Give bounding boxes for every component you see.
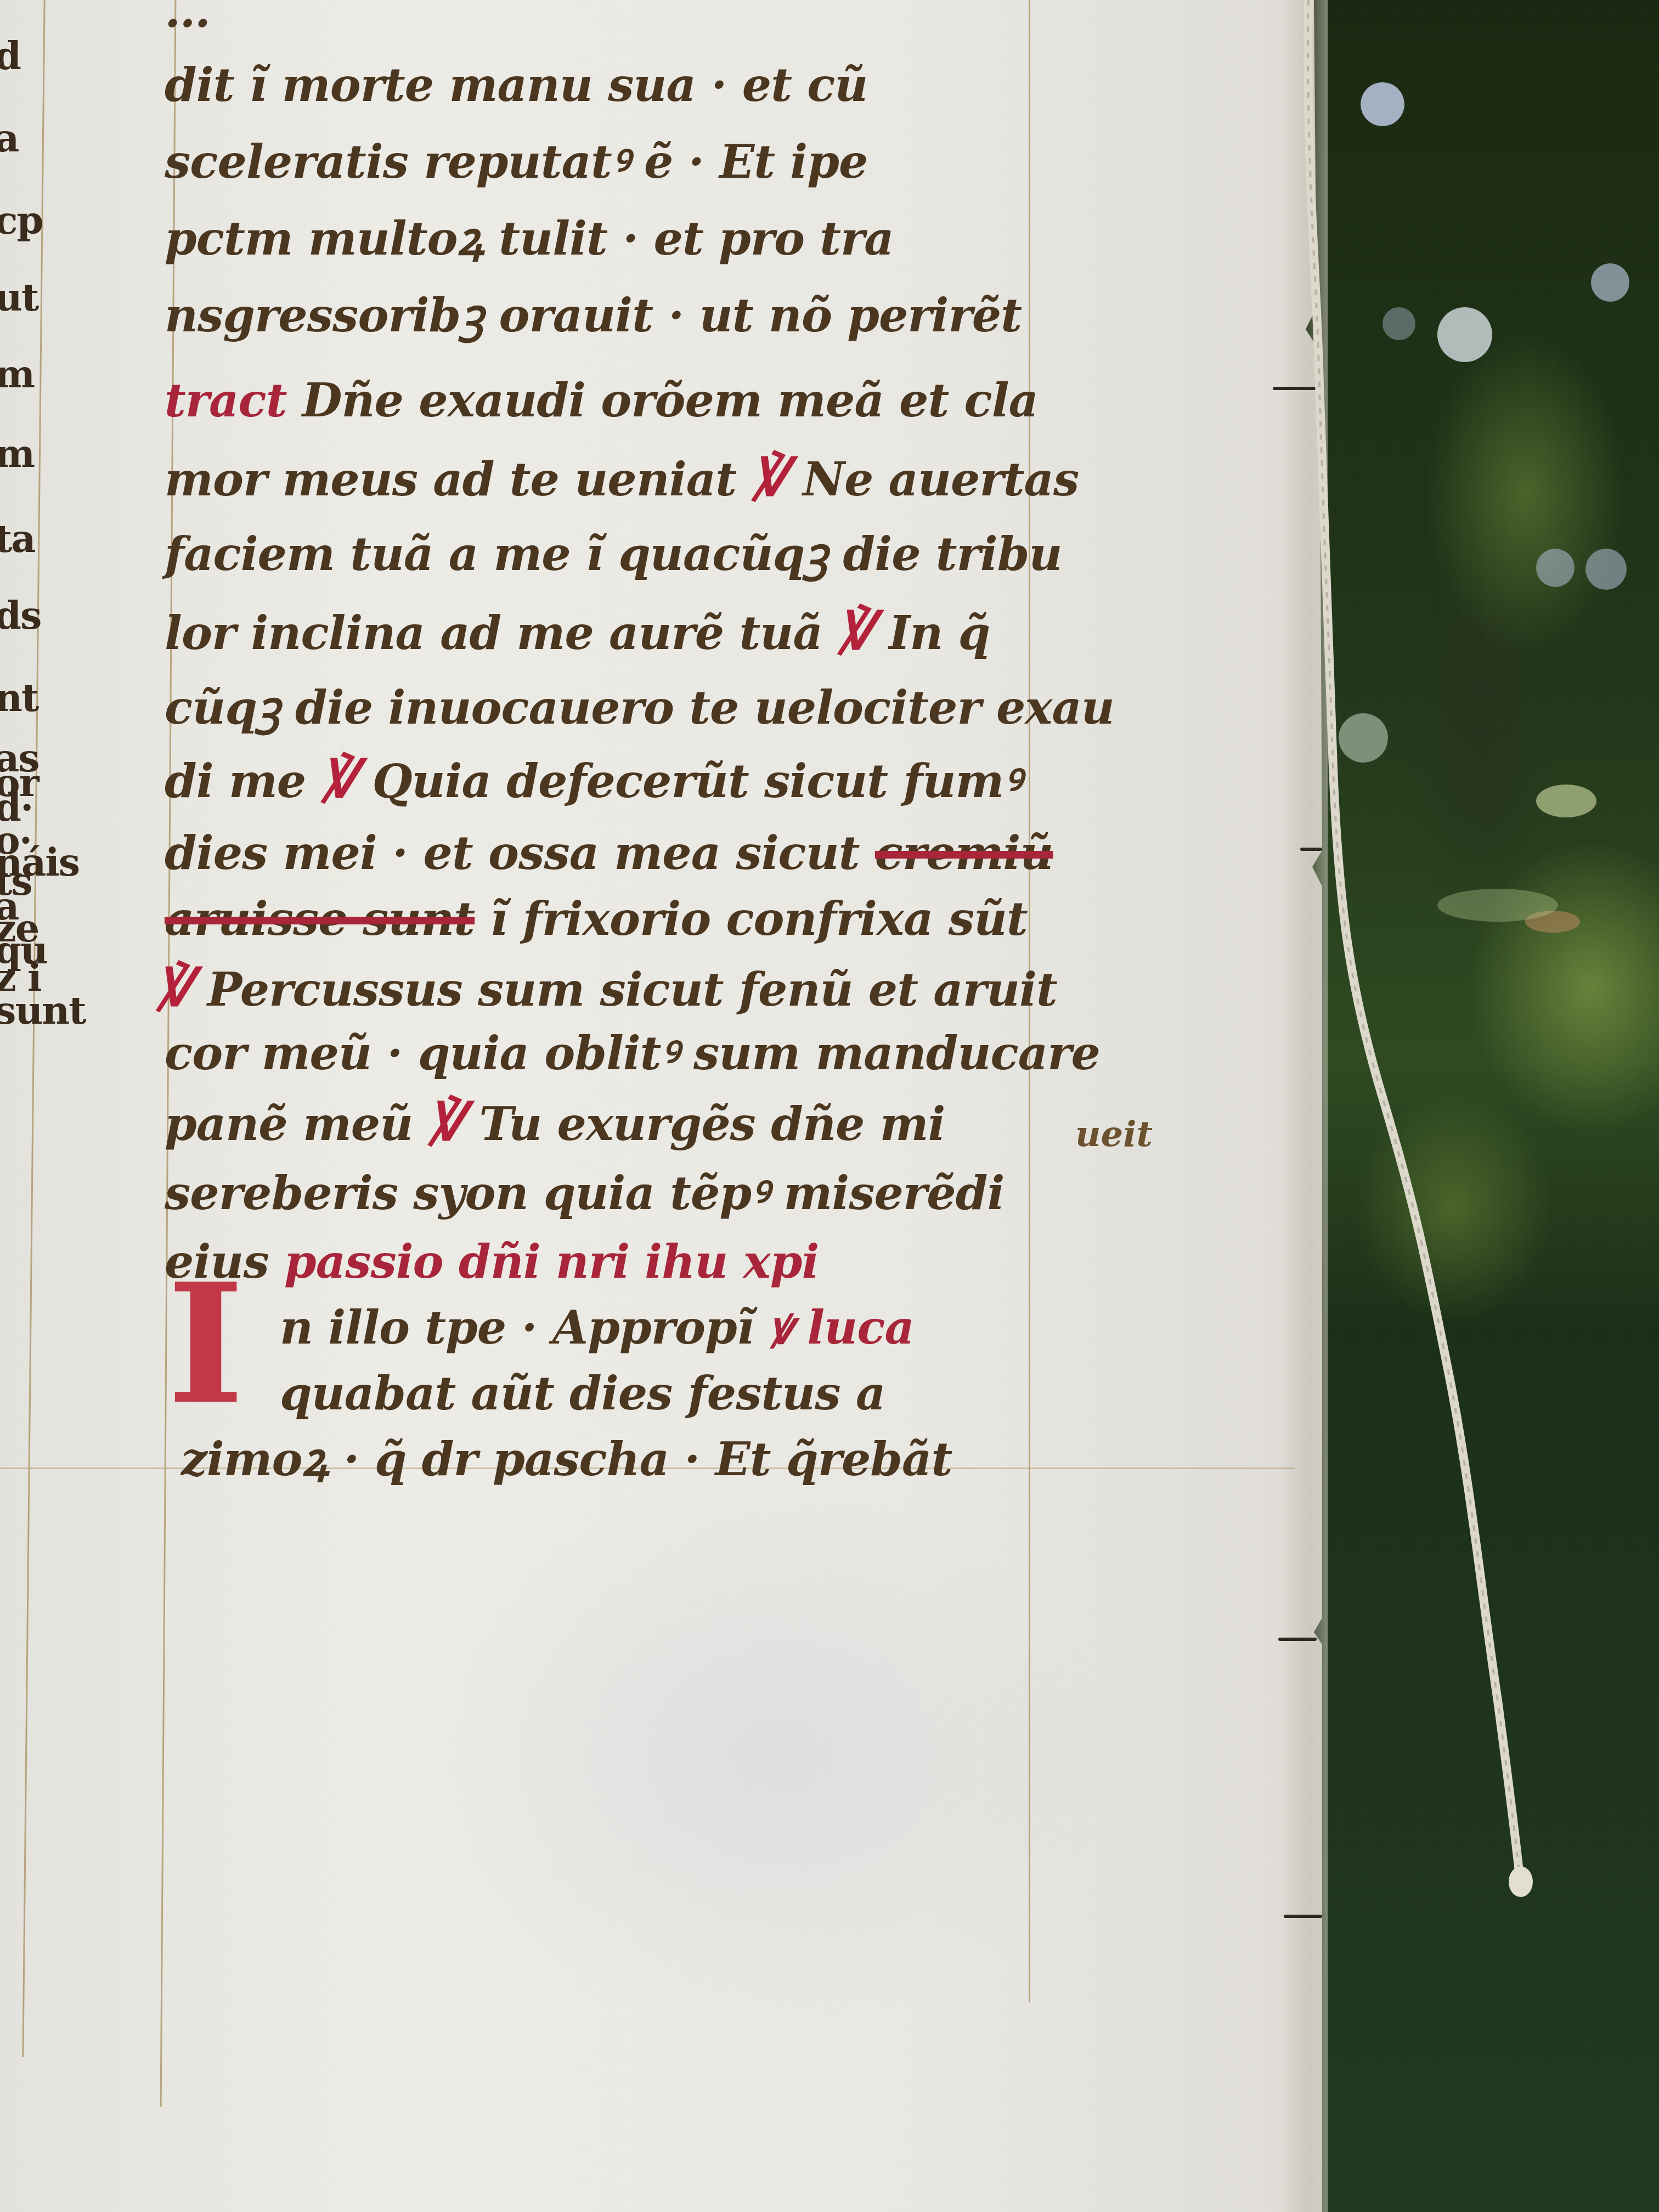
text-fragment: m [0,431,34,476]
text-segment: Quia defecerũt sicut fumꝰ [357,754,1020,808]
edge-notch [1273,387,1317,390]
parchment-edge-fold [1278,0,1328,2212]
text-fragment: ds [0,592,41,638]
text-segment: quabat aũt dies festus a [280,1366,885,1420]
text-fragment: cp [0,198,43,243]
text-segment: sceleratis reputatꝰ ẽ · Et ipe [165,134,867,189]
text-line: panẽ meũ ℣ Tu exurgẽs dñe mi [165,1084,945,1160]
text-line: lor inclina ad me aurẽ tuã ℣ In q̃ [165,592,990,669]
text-line: di me ℣ Quia defecerũt sicut fumꝰ [165,741,1021,817]
text-line: zimoꝝ · q̃ dr pascha · Et q̃rebãt [181,1421,952,1498]
text-segment: zimoꝝ · q̃ dr pascha · Et q̃rebãt [181,1432,952,1486]
versicle-mark: ℣ [321,748,357,810]
text-segment: Ne auertas [787,452,1079,506]
text-line: dies mei · et ossa mea sicut cremiũ [165,815,1053,891]
text-segment: di me [165,754,321,808]
struck-text: cremiũ [875,826,1053,880]
rubric-tract: tract [165,373,286,427]
text-segment: nsgressoribꝫ orauit · ut nõ perirẽt [165,288,1022,342]
text-line: sceleratis reputatꝰ ẽ · Et ipe [165,123,867,200]
text-fragment: ut [0,274,38,320]
text-fragment: sunt [0,988,86,1033]
struck-text: aruisse sunt [165,891,475,946]
text-line: sereberis syon quia tẽpꝰ miserẽdi [165,1155,1004,1232]
text-fragment: nt [0,675,38,720]
text-fragment: m [0,351,34,397]
text-segment: pctm multoꝝ tulit · et pro tra [165,211,894,266]
text-segment: sereberis syon quia tẽpꝰ miserẽdi [165,1166,1004,1220]
text-segment: lor inclina ad me aurẽ tuã [165,606,838,660]
text-fragment: a [0,115,18,161]
text-segment: panẽ meũ [165,1097,428,1151]
text-segment: Tu exurgẽs dñe mi [464,1097,945,1151]
rubric-secundum-lucam: ꝟ luca [769,1300,914,1355]
text-line: ℣ Percussus sum sicut fenũ et aruit [156,949,1057,1026]
edge-notch [1284,1915,1322,1918]
text-segment: Dñe exaudi orõem meã et cla [286,373,1038,427]
text-line: dit ĩ morte manu sua · et cũ [165,47,867,123]
text-segment: cũqꝫ die inuocauero te uelociter exau [165,680,1114,735]
edge-notch [1278,1638,1317,1641]
versicle-mark: ℣ [428,1091,464,1153]
versicle-mark: ℣ [838,600,873,662]
text-segment: faciem tuã a me ĩ quacũqꝫ die tribu [165,527,1062,581]
text-fragment: ta [0,516,35,561]
text-line: aruisse sunt ĩ frixorio confrixa sũt [165,881,1028,957]
text-segment: In q̃ [873,606,990,660]
text-line: … [165,0,210,49]
versicle-mark: ℣ [752,446,787,508]
text-line: cor meũ · quia oblitꝰ sum manducare [165,1015,1100,1092]
text-segment: cor meũ · quia oblitꝰ sum manducare [165,1026,1100,1080]
text-line: quabat aũt dies festus a [280,1355,885,1432]
edge-notch [1300,848,1322,851]
text-segment: … [165,0,210,38]
text-line: mor meus ad te ueniat ℣ Ne auertas [165,439,1079,516]
text-segment: Percussus sum sicut fenũ et aruit [192,962,1057,1017]
versicle-mark: ℣ [156,956,192,1018]
text-line: pctm multoꝝ tulit · et pro tra [165,200,894,277]
text-line: tract Dñe exaudi orõem meã et cla [165,362,1038,439]
decorated-initial-I: I [134,1276,277,1413]
text-fragment: d [0,33,20,78]
text-segment: n illo tpe · Appropĩ [280,1300,769,1355]
text-line: nsgressoribꝫ orauit · ut nõ perirẽt [165,277,1022,354]
text-segment: dies mei · et ossa mea sicut [165,826,875,880]
text-segment: mor meus ad te ueniat [165,452,752,506]
rubric-passion-heading: passio dñi nri ihu xpi [284,1234,819,1289]
text-line: faciem tuã a me ĩ quacũqꝫ die tribu [165,516,1062,592]
text-segment: dit ĩ morte manu sua · et cũ [165,58,867,112]
text-line: n illo tpe · Appropĩ ꝟ luca [280,1289,914,1366]
text-segment: ĩ frixorio confrixa sũt [475,891,1028,946]
text-line: cũqꝫ die inuocauero te uelociter exau [165,669,1114,746]
marginal-note: ueit [1075,1114,1153,1155]
